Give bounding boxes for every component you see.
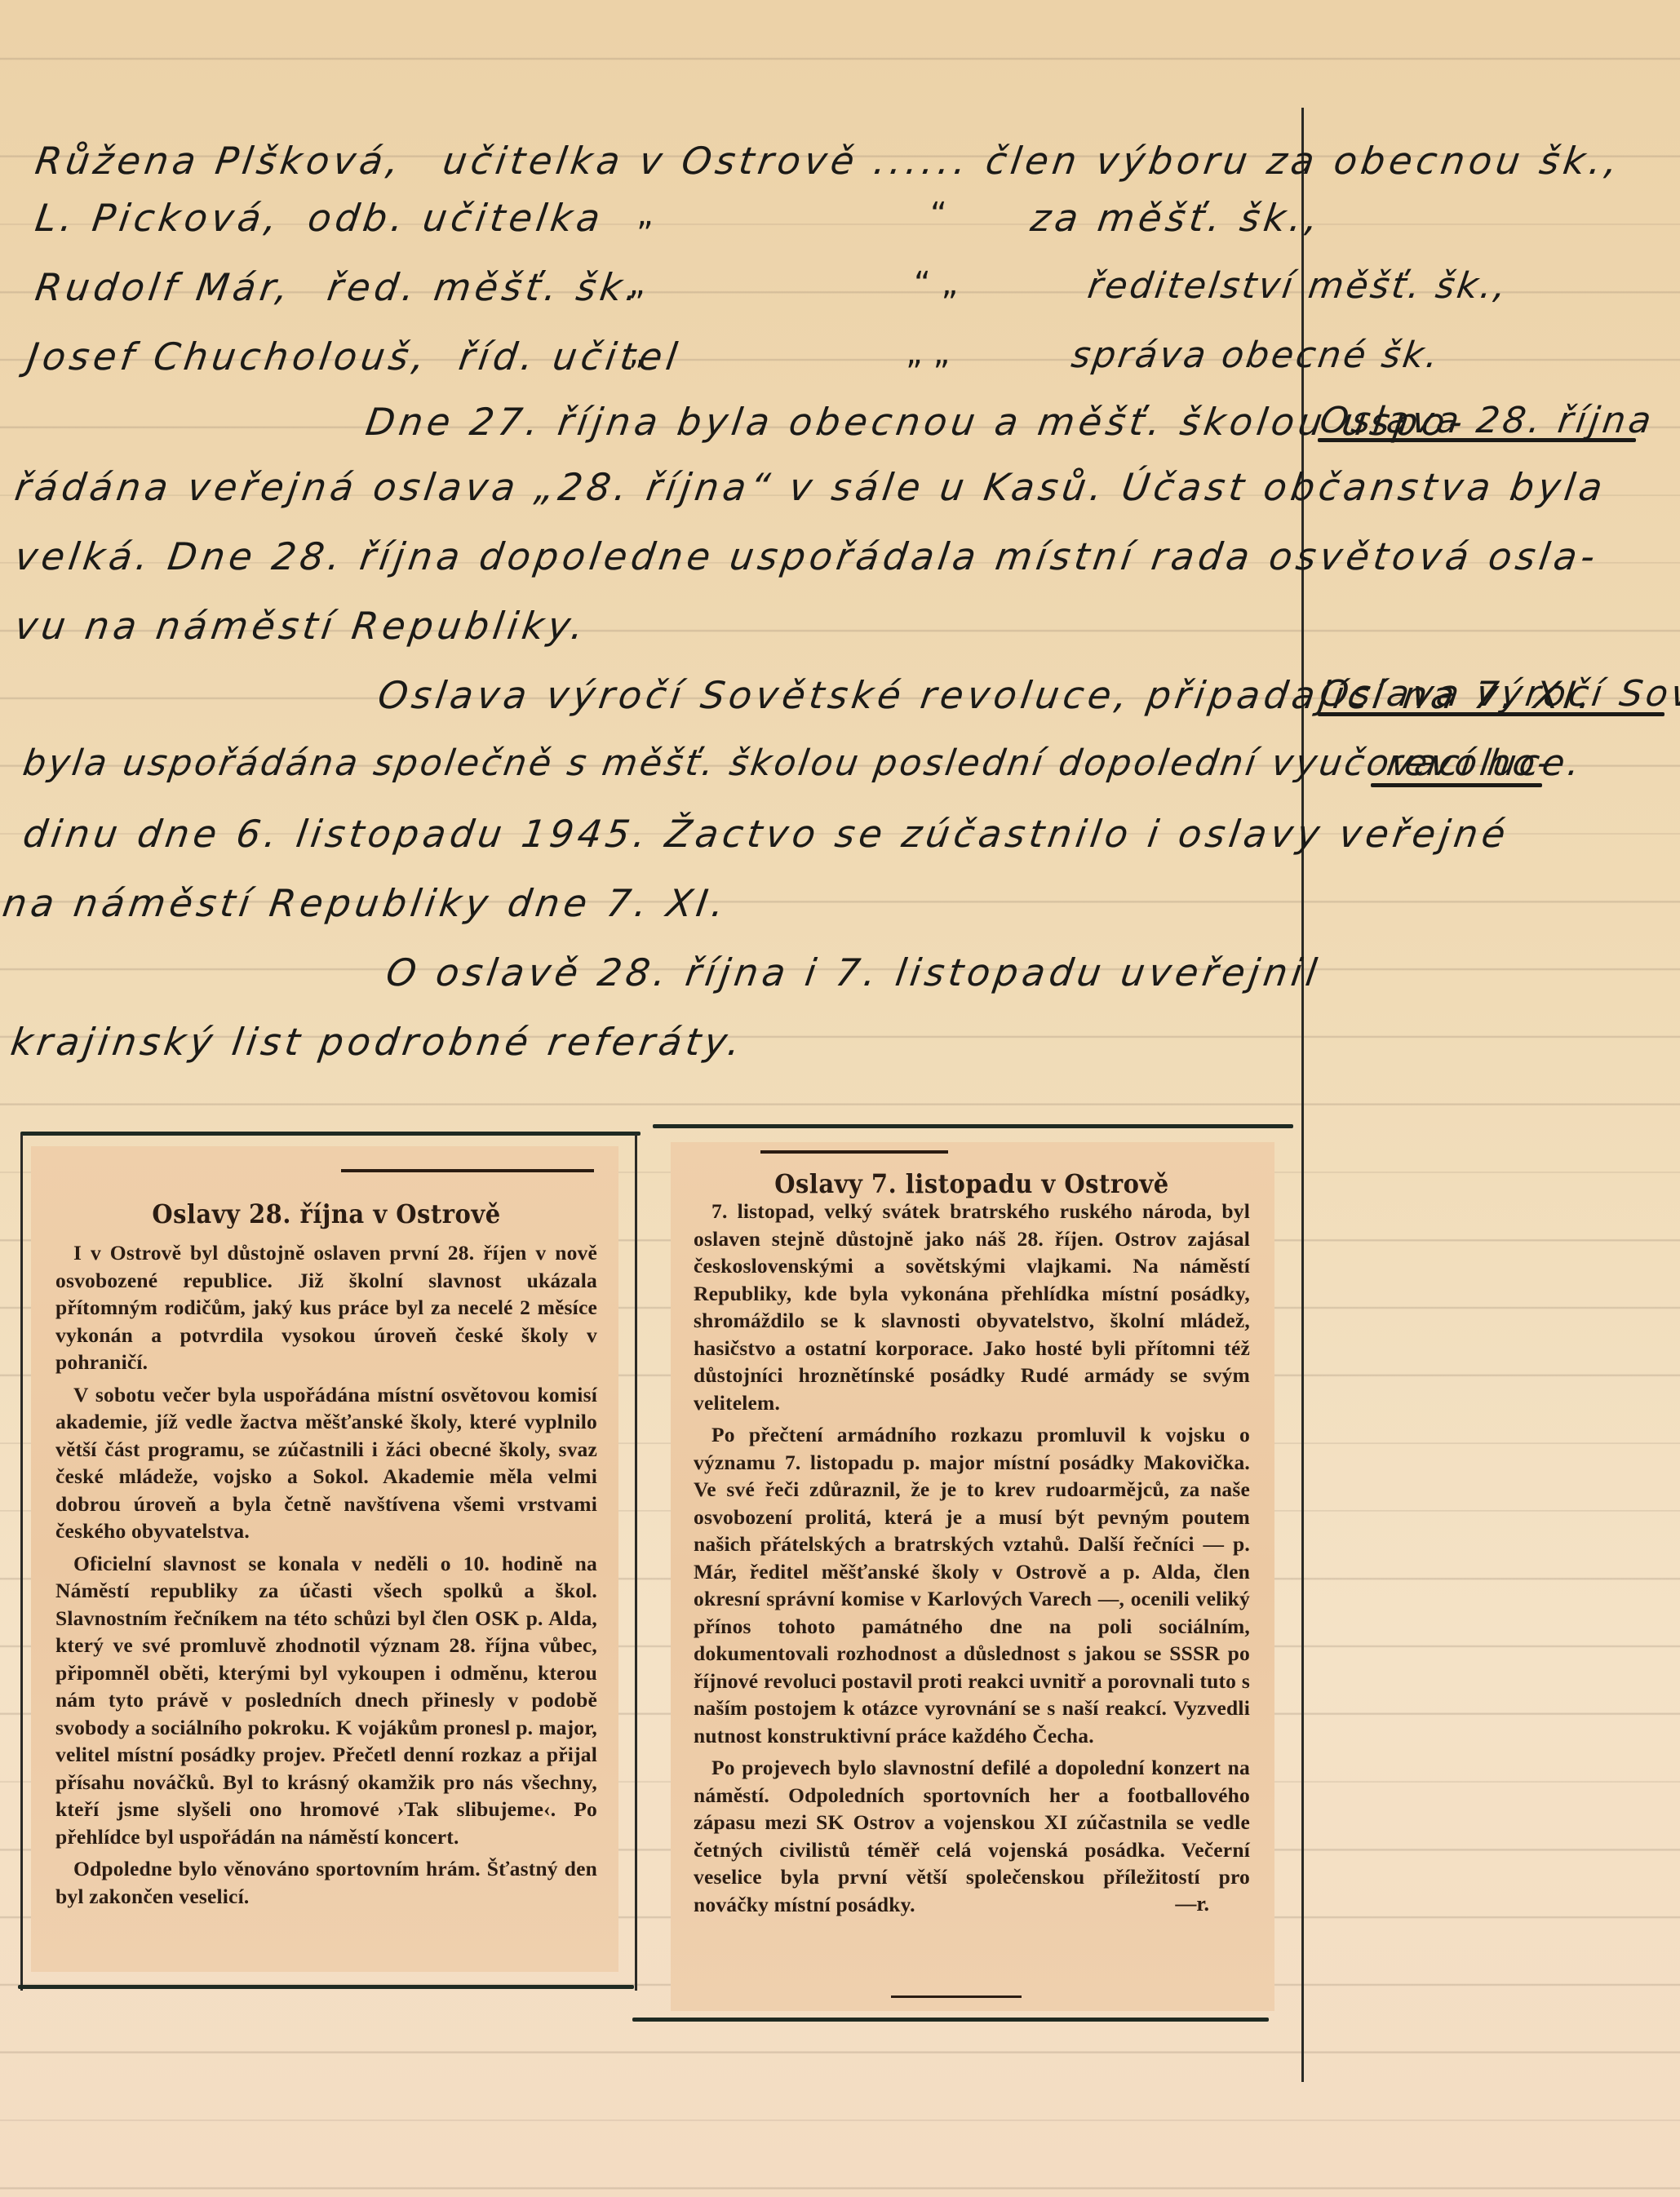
ditto-mark: „ [628, 265, 645, 303]
ditto-mark: „ [628, 334, 645, 372]
clipping-frame-top [20, 1132, 641, 1136]
clipping-title: Oslavy 7. listopadu v Ostrově [694, 1168, 1250, 1198]
committee-row: Josef Chucholouš, říd. učitel [24, 334, 684, 379]
ditto-mark: „ [636, 196, 654, 233]
member-name: Josef Chucholouš, [24, 334, 432, 379]
clipping-frame-bottom [18, 1985, 634, 1989]
ditto-mark: “ „ [914, 265, 958, 303]
committee-row: L. Picková, odb. učitelka [33, 196, 607, 240]
newspaper-clipping-7-listopadu: Oslavy 7. listopadu v Ostrově 7. listopa… [671, 1142, 1274, 2011]
margin-note-underline [1371, 783, 1542, 787]
text-line: Dne 27. října byla obecnou a měšť. školo… [363, 400, 1469, 444]
member-function: správa obecné šk. [1069, 334, 1443, 376]
text-line: velká. Dne 28. října dopoledne uspořádal… [12, 534, 1602, 578]
member-role: říd. učitel [456, 334, 684, 379]
clipping-frame-right [635, 1134, 637, 1991]
clipping-frame-left [20, 1134, 23, 1991]
clipping-rule [760, 1150, 948, 1154]
committee-row: Rudolf Már, řed. měšť. šk. [33, 265, 645, 309]
margin-note-soviet-revolution: Oslava výročí Sovětské [1317, 673, 1680, 715]
newspaper-clipping-28-rijna: Oslavy 28. října v Ostrově I v Ostrově b… [31, 1146, 618, 1972]
member-name: Rudolf Már, [33, 265, 295, 309]
margin-note-soviet-revolution-cont: revoluce. [1384, 742, 1585, 784]
clipping-paragraph: Oficielní slavnost se konala v neděli o … [55, 1550, 597, 1851]
member-function: člen výboru za obecnou šk., [983, 139, 1625, 183]
clipping-paragraph: Odpoledne bylo věnováno sportovním hrám.… [55, 1855, 597, 1910]
clipping-title: Oslavy 28. října v Ostrově [55, 1198, 597, 1229]
text-line: byla uspořádána společně s měšť. školou … [20, 742, 1556, 784]
member-role: řed. měšť. šk. [325, 265, 645, 309]
member-role: učitelka v Ostrově ...... [440, 139, 973, 183]
member-name: L. Picková, [33, 196, 284, 240]
clipping-frame-top [653, 1124, 1293, 1128]
ditto-mark: “ [930, 196, 947, 233]
clipping-end-rule [891, 1995, 1022, 1998]
member-name: Růžena Plšková, [33, 139, 406, 183]
clipping-paragraph: Po přečtení armádního rozkazu promluvil … [694, 1421, 1250, 1749]
clipping-rule [341, 1169, 594, 1172]
clipping-frame-bottom [632, 2018, 1269, 2022]
committee-row: Růžena Plšková, učitelka v Ostrově .....… [33, 139, 1625, 183]
clipping-paragraph: V sobotu večer byla uspořádána místní os… [55, 1381, 597, 1545]
text-line: krajinský list podrobné referáty. [8, 1020, 747, 1064]
ditto-mark: „ „ [906, 334, 950, 372]
member-function: za měšť. šk., [1028, 196, 1325, 240]
text-line: O oslavě 28. října i 7. listopadu uveřej… [383, 950, 1323, 994]
text-line: na náměstí Republiky dne 7. XI. [0, 881, 731, 925]
clipping-paragraph: I v Ostrově byl důstojně oslaven první 2… [55, 1239, 597, 1376]
margin-note-oslava-28: Oslava 28. října [1317, 400, 1656, 441]
text-line: řádána veřejná oslava „28. října“ v sále… [12, 465, 1609, 509]
margin-note-underline [1318, 438, 1636, 442]
member-role: odb. učitelka [305, 196, 607, 240]
text-line: dinu dne 6. listopadu 1945. Žactvo se zú… [20, 812, 1512, 856]
clipping-paragraph: 7. listopad, velký svátek bratrského rus… [694, 1198, 1250, 1416]
text-line: vu na náměstí Republiky. [12, 604, 591, 648]
member-function: ředitelství měšť. šk., [1085, 265, 1511, 307]
margin-note-underline [1318, 712, 1664, 716]
